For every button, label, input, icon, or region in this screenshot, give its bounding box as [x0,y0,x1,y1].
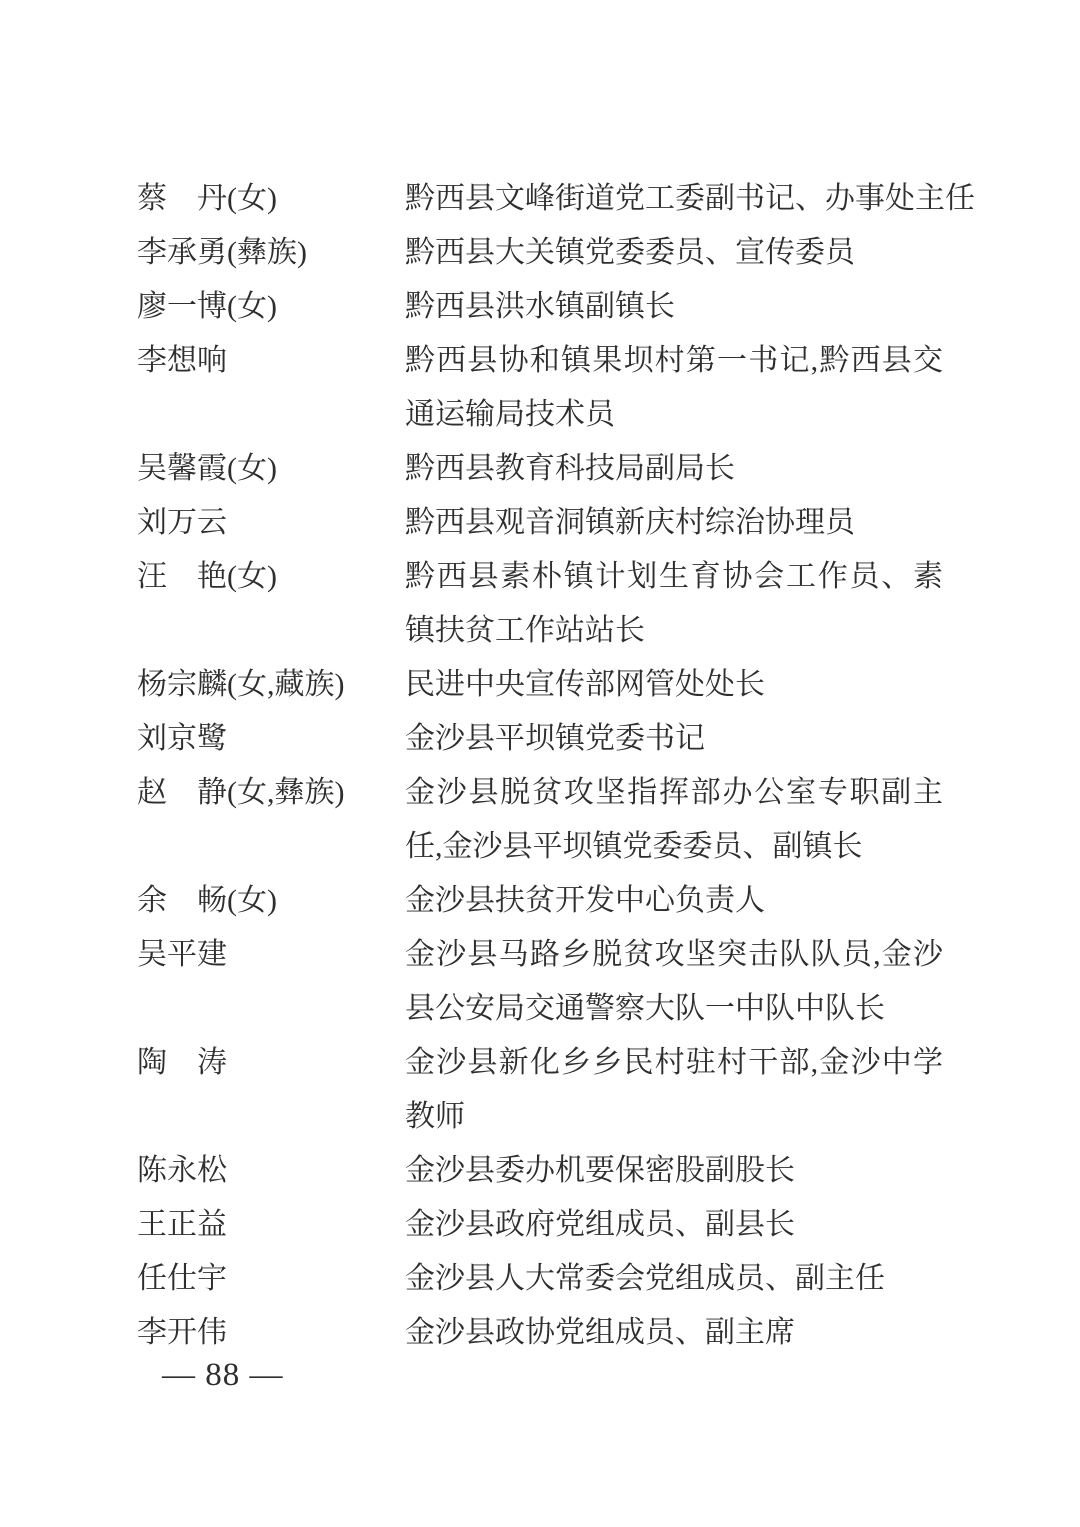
position-line: 金沙县新化乡乡民村驻村干部,金沙中学 [405,1036,943,1090]
person-position: 金沙县人大常委会党组成员、副主任 [405,1252,995,1306]
roster-entry: 陈永松金沙县委办机要保密股副股长 [137,1144,1007,1198]
document-page: 蔡 丹(女)黔西县文峰街道党工委副书记、办事处主任李承勇(彝族)黔西县大关镇党委… [0,0,1080,1527]
position-line: 黔西县观音洞镇新庆村综治协理员 [405,496,995,550]
person-name: 李想响 [137,334,405,388]
roster-entry: 蔡 丹(女)黔西县文峰街道党工委副书记、办事处主任 [137,172,1007,226]
person-position: 金沙县平坝镇党委书记 [405,712,995,766]
person-name: 汪 艳(女) [137,550,405,604]
position-line: 金沙县人大常委会党组成员、副主任 [405,1252,995,1306]
person-position: 金沙县马路乡脱贫攻坚突击队队员,金沙县公安局交通警察大队一中队中队长 [405,928,995,1036]
person-position: 黔西县大关镇党委委员、宣传委员 [405,226,995,280]
roster-entry: 余 畅(女)金沙县扶贫开发中心负责人 [137,874,1007,928]
person-name: 陈永松 [137,1144,405,1198]
person-position: 黔西县素朴镇计划生育协会工作员、素朴镇扶贫工作站站长 [405,550,995,658]
position-line: 黔西县文峰街道党工委副书记、办事处主任 [405,172,995,226]
person-name: 吴平建 [137,928,405,982]
position-line: 黔西县大关镇党委委员、宣传委员 [405,226,995,280]
roster-entry: 汪 艳(女)黔西县素朴镇计划生育协会工作员、素朴镇扶贫工作站站长 [137,550,1007,658]
position-line: 教师 [405,1090,995,1144]
roster-entry: 任仕宇金沙县人大常委会党组成员、副主任 [137,1252,1007,1306]
position-line: 黔西县素朴镇计划生育协会工作员、素朴 [405,550,943,604]
position-line: 县公安局交通警察大队一中队中队长 [405,982,995,1036]
person-position: 金沙县政协党组成员、副主席 [405,1306,995,1360]
person-name: 刘万云 [137,496,405,550]
person-name: 廖一博(女) [137,280,405,334]
position-line: 金沙县政府党组成员、副县长 [405,1198,995,1252]
person-name: 刘京鹭 [137,712,405,766]
person-name: 任仕宇 [137,1252,405,1306]
roster-entry: 李想响黔西县协和镇果坝村第一书记,黔西县交通运输局技术员 [137,334,1007,442]
position-line: 黔西县协和镇果坝村第一书记,黔西县交 [405,334,943,388]
position-line: 金沙县平坝镇党委书记 [405,712,995,766]
position-line: 任,金沙县平坝镇党委委员、副镇长 [405,820,995,874]
person-position: 黔西县文峰街道党工委副书记、办事处主任 [405,172,995,226]
roster-entry: 杨宗麟(女,藏族)民进中央宣传部网管处处长 [137,658,1007,712]
roster-entry: 赵 静(女,彝族)金沙县脱贫攻坚指挥部办公室专职副主任,金沙县平坝镇党委委员、副… [137,766,1007,874]
person-name: 陶 涛 [137,1036,405,1090]
roster-entry: 李承勇(彝族)黔西县大关镇党委委员、宣传委员 [137,226,1007,280]
person-position: 黔西县协和镇果坝村第一书记,黔西县交通运输局技术员 [405,334,995,442]
person-name: 李开伟 [137,1306,405,1360]
roster-entry: 李开伟金沙县政协党组成员、副主席 [137,1306,1007,1360]
person-position: 黔西县教育科技局副局长 [405,442,995,496]
person-position: 金沙县扶贫开发中心负责人 [405,874,995,928]
roster-entry: 廖一博(女)黔西县洪水镇副镇长 [137,280,1007,334]
roster-entry: 吴馨霞(女)黔西县教育科技局副局长 [137,442,1007,496]
page-number: — 88 — [162,1354,284,1396]
person-name: 余 畅(女) [137,874,405,928]
person-name: 赵 静(女,彝族) [137,766,405,820]
person-position: 金沙县委办机要保密股副股长 [405,1144,995,1198]
person-position: 金沙县政府党组成员、副县长 [405,1198,995,1252]
position-line: 黔西县洪水镇副镇长 [405,280,995,334]
roster-entry: 吴平建金沙县马路乡脱贫攻坚突击队队员,金沙县公安局交通警察大队一中队中队长 [137,928,1007,1036]
position-line: 黔西县教育科技局副局长 [405,442,995,496]
position-line: 民进中央宣传部网管处处长 [405,658,995,712]
position-line: 金沙县政协党组成员、副主席 [405,1306,995,1360]
person-name: 李承勇(彝族) [137,226,405,280]
person-name: 杨宗麟(女,藏族) [137,658,405,712]
position-line: 金沙县委办机要保密股副股长 [405,1144,995,1198]
position-line: 通运输局技术员 [405,388,995,442]
person-position: 民进中央宣传部网管处处长 [405,658,995,712]
roster-list: 蔡 丹(女)黔西县文峰街道党工委副书记、办事处主任李承勇(彝族)黔西县大关镇党委… [137,172,1007,1360]
person-name: 王正益 [137,1198,405,1252]
person-position: 黔西县观音洞镇新庆村综治协理员 [405,496,995,550]
person-name: 蔡 丹(女) [137,172,405,226]
person-position: 金沙县新化乡乡民村驻村干部,金沙中学教师 [405,1036,995,1144]
person-name: 吴馨霞(女) [137,442,405,496]
position-line: 金沙县脱贫攻坚指挥部办公室专职副主 [405,766,943,820]
position-line: 金沙县扶贫开发中心负责人 [405,874,995,928]
roster-entry: 陶 涛金沙县新化乡乡民村驻村干部,金沙中学教师 [137,1036,1007,1144]
roster-entry: 王正益金沙县政府党组成员、副县长 [137,1198,1007,1252]
roster-entry: 刘万云黔西县观音洞镇新庆村综治协理员 [137,496,1007,550]
roster-entry: 刘京鹭金沙县平坝镇党委书记 [137,712,1007,766]
person-position: 黔西县洪水镇副镇长 [405,280,995,334]
position-line: 镇扶贫工作站站长 [405,604,995,658]
person-position: 金沙县脱贫攻坚指挥部办公室专职副主任,金沙县平坝镇党委委员、副镇长 [405,766,995,874]
position-line: 金沙县马路乡脱贫攻坚突击队队员,金沙 [405,928,943,982]
